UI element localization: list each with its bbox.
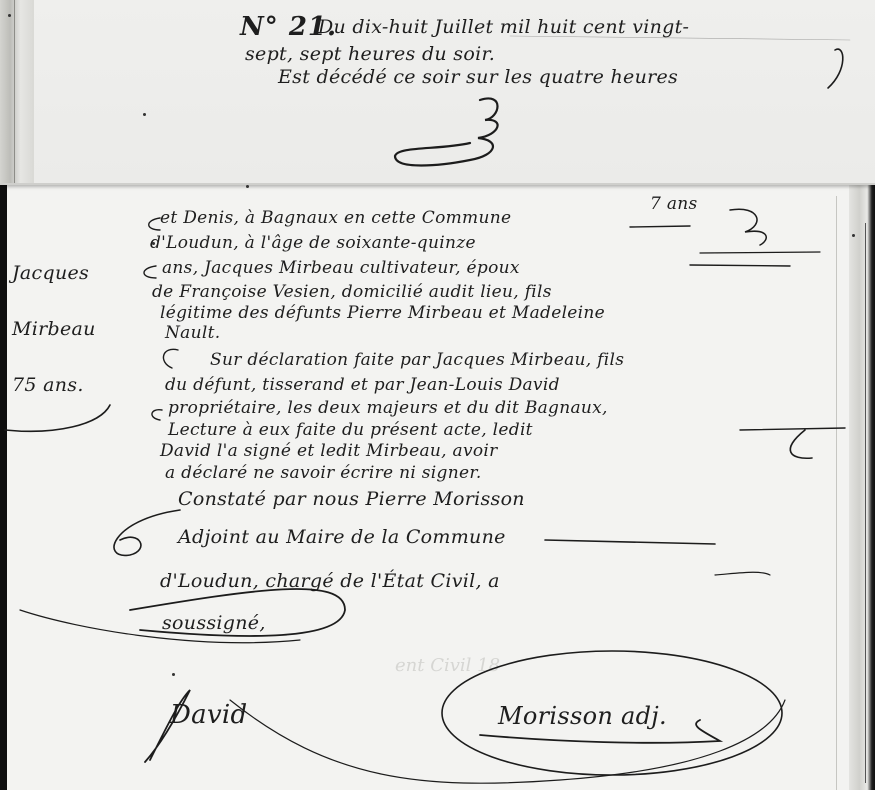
body-line-9: propriétaire, les deux majeurs et du dit… (168, 398, 608, 418)
body-line-2: d'Loudun, à l'âge de soixante-quinze (150, 233, 476, 253)
margin-note-given-name: Jacques (12, 262, 89, 284)
act-death-line: Est décédé ce soir sur les quatre heures (278, 66, 678, 88)
closing-line-4: soussigné, (162, 612, 266, 634)
paper-speck (852, 234, 855, 237)
paper-speck (152, 242, 155, 245)
paper-speck (172, 673, 175, 676)
margin-note-surname: Mirbeau (12, 318, 96, 340)
binding-shadow (0, 183, 7, 790)
body-line-10: Lecture à eux faite du présent acte, led… (168, 420, 533, 440)
insertion-age: 7 ans (650, 194, 698, 214)
body-line-12: a déclaré ne savoir écrire ni signer. (165, 463, 482, 483)
signature-david: David (170, 700, 248, 730)
act-date-line-2: sept, sept heures du soir. (245, 43, 495, 65)
body-line-3: ans, Jacques Mirbeau cultivateur, époux (162, 258, 520, 278)
margin-note-age: 75 ans. (12, 374, 84, 396)
paper-speck (143, 113, 146, 116)
page-edge-right (849, 183, 875, 790)
closing-line-3: d'Loudun, chargé de l'État Civil, a (160, 570, 500, 592)
body-line-4: de Françoise Vesien, domicilié audit lie… (152, 282, 552, 302)
paper-speck (8, 14, 11, 17)
body-line-6: Nault. (165, 323, 220, 343)
closing-line-2: Adjoint au Maire de la Commune (178, 526, 506, 548)
bleed-through-text: ent Civil 18 (395, 655, 500, 676)
paper-speck (246, 185, 249, 188)
body-line-8: du défunt, tisserand et par Jean-Louis D… (165, 375, 560, 395)
act-date-line-1: Du dix-huit Juillet mil huit cent vingt- (318, 16, 689, 38)
page-margin-line (836, 196, 837, 790)
scanned-register-page: N° 21. Du dix-huit Juillet mil huit cent… (0, 0, 875, 790)
binding-edge (0, 0, 34, 183)
body-line-1: et Denis, à Bagnaux en cette Commune (160, 208, 511, 228)
signature-morisson: Morisson adj. (498, 702, 667, 730)
body-line-5: légitime des défunts Pierre Mirbeau et M… (160, 303, 605, 323)
body-line-11: David l'a signé et ledit Mirbeau, avoir (160, 441, 498, 461)
body-line-7: Sur déclaration faite par Jacques Mirbea… (210, 350, 624, 370)
closing-line-1: Constaté par nous Pierre Morisson (178, 488, 525, 510)
